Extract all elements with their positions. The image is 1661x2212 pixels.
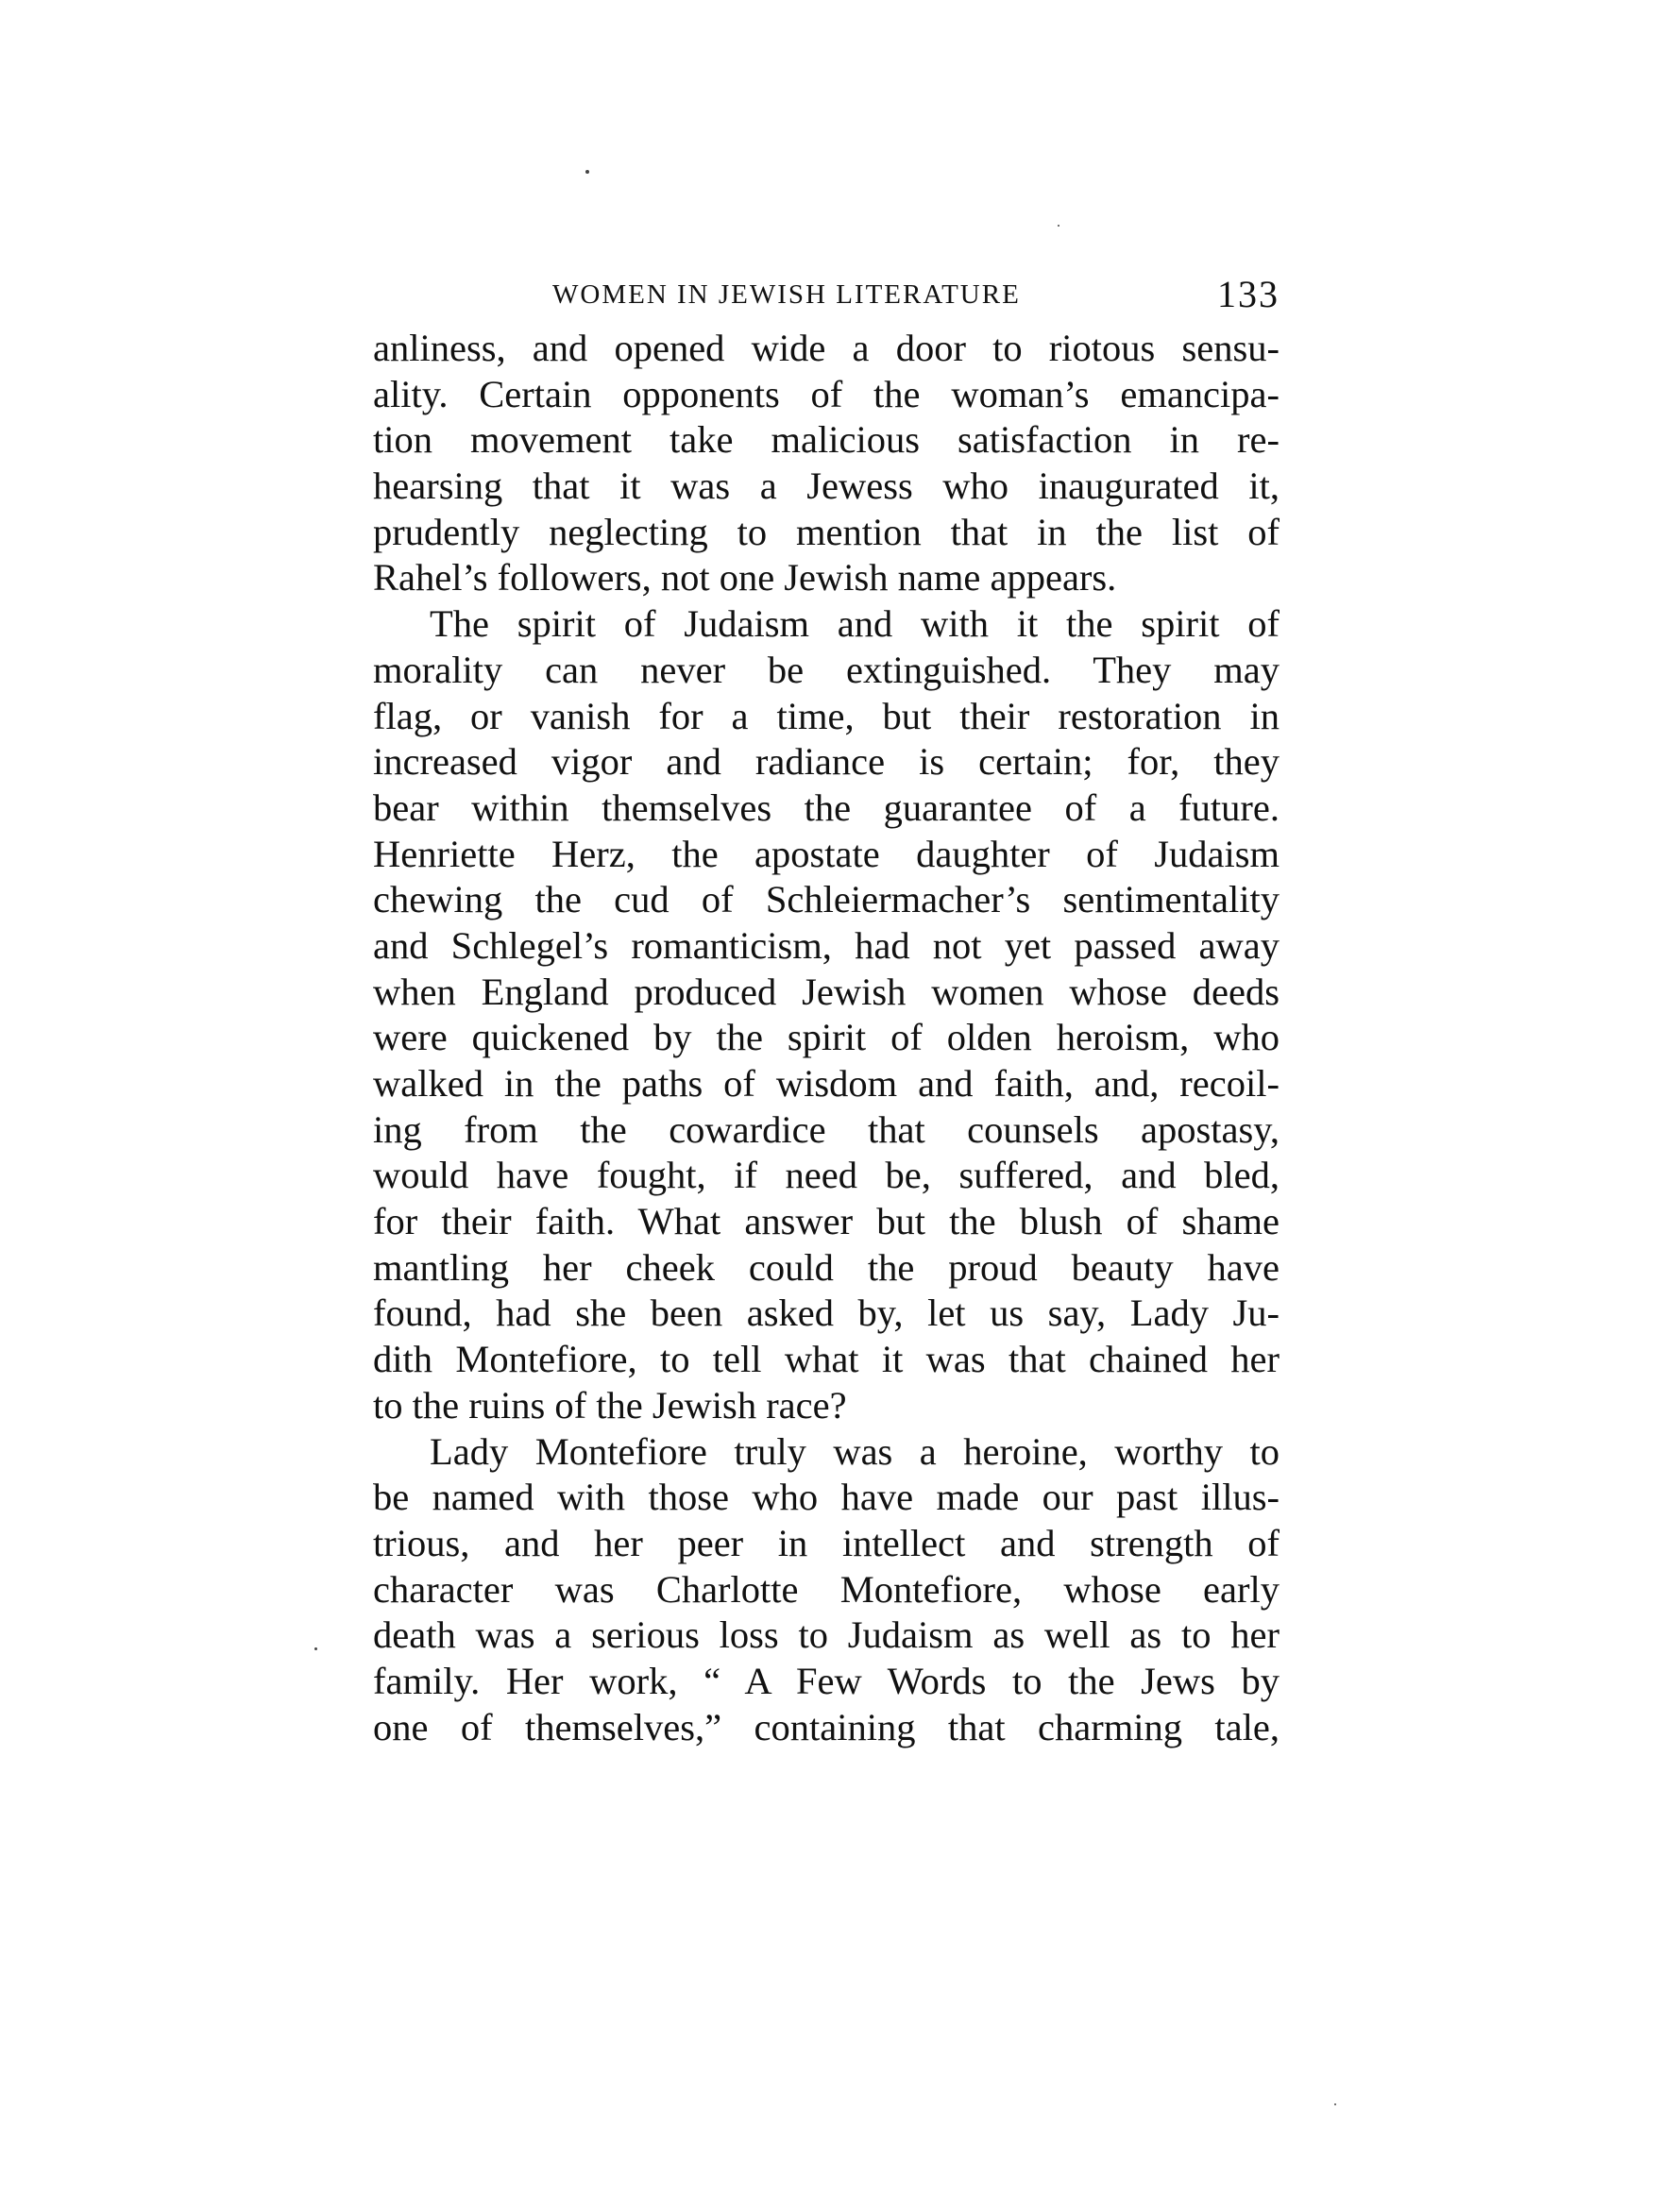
text-line: found, had she been asked by, let us say… — [373, 1291, 1280, 1337]
text-line: when England produced Jewish women whose… — [373, 970, 1280, 1016]
scan-speck — [1334, 2103, 1336, 2105]
running-header: WOMEN IN JEWISH LITERATURE 133 — [373, 276, 1280, 323]
scan-speck — [585, 170, 589, 174]
scan-speck — [314, 1647, 317, 1650]
body-text: anliness, and opened wide a door to riot… — [373, 326, 1280, 1750]
text-line: trious, and her peer in intellect and st… — [373, 1521, 1280, 1567]
text-line: chewing the cud of Schleiermacher’s sent… — [373, 877, 1280, 923]
text-line: bear within themselves the guarantee of … — [373, 785, 1280, 832]
text-line: tion movement take malicious satisfactio… — [373, 417, 1280, 464]
page-number: 133 — [1217, 272, 1280, 316]
scan-speck — [1058, 225, 1059, 227]
text-line: Rahel’s followers, not one Jewish name a… — [373, 555, 1280, 601]
text-line: ality. Certain opponents of the woman’s … — [373, 372, 1280, 418]
text-line: and Schlegel’s romanticism, had not yet … — [373, 923, 1280, 970]
text-line: anliness, and opened wide a door to riot… — [373, 326, 1280, 372]
text-line: morality can never be extinguished. They… — [373, 648, 1280, 694]
text-line: increased vigor and radiance is certain;… — [373, 739, 1280, 785]
text-line: character was Charlotte Montefiore, whos… — [373, 1567, 1280, 1613]
running-title: WOMEN IN JEWISH LITERATURE — [552, 279, 1021, 311]
text-line: flag, or vanish for a time, but their re… — [373, 694, 1280, 740]
book-page: WOMEN IN JEWISH LITERATURE 133 anliness,… — [0, 0, 1661, 2212]
text-line: to the ruins of the Jewish race? — [373, 1383, 1280, 1429]
text-line: mantling her cheek could the proud beaut… — [373, 1245, 1280, 1292]
text-line: Lady Montefiore truly was a heroine, wor… — [373, 1429, 1280, 1476]
text-line: would have fought, if need be, suffered,… — [373, 1153, 1280, 1199]
text-line: hearsing that it was a Jewess who inaugu… — [373, 464, 1280, 510]
text-line: were quickened by the spirit of olden he… — [373, 1015, 1280, 1061]
text-line: Henriette Herz, the apostate daughter of… — [373, 832, 1280, 878]
text-line: one of themselves,” containing that char… — [373, 1705, 1280, 1751]
text-line: death was a serious loss to Judaism as w… — [373, 1613, 1280, 1659]
text-line: The spirit of Judaism and with it the sp… — [373, 601, 1280, 648]
text-line: ing from the cowardice that counsels apo… — [373, 1107, 1280, 1154]
text-line: family. Her work, “ A Few Words to the J… — [373, 1659, 1280, 1705]
text-line: be named with those who have made our pa… — [373, 1475, 1280, 1521]
text-line: prudently neglecting to mention that in … — [373, 510, 1280, 556]
text-line: dith Montefiore, to tell what it was tha… — [373, 1337, 1280, 1383]
text-line: for their faith. What answer but the blu… — [373, 1199, 1280, 1245]
text-line: walked in the paths of wisdom and faith,… — [373, 1061, 1280, 1107]
